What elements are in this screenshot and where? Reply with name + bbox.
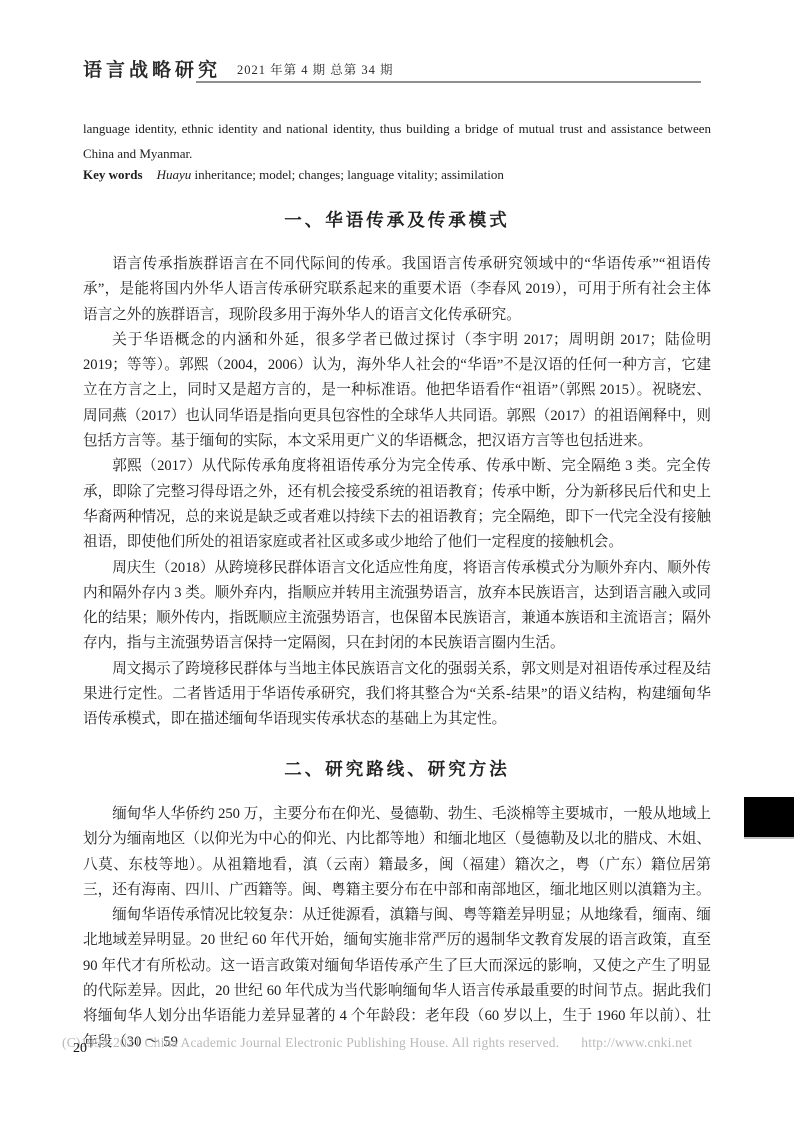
copyright-url: http://www.cnki.net (581, 1035, 692, 1050)
section-1-body: 语言传承指族群语言在不同代际间的传承。我国语言传承研究领域中的“华语传承”“祖语… (83, 252, 711, 733)
keywords-rest: inheritance; model; changes; language vi… (191, 167, 504, 182)
keywords-term: Huayu (157, 167, 192, 182)
black-scan-block (744, 797, 794, 837)
section-1-heading: 一、华语传承及传承模式 (83, 207, 711, 232)
page-number: 20 (73, 1041, 87, 1057)
paragraph: 周文揭示了跨境移民群体与当地主体民族语言文化的强弱关系，郭文则是对祖语传承过程及… (83, 657, 711, 733)
paragraph: 语言传承指族群语言在不同代际间的传承。我国语言传承研究领域中的“华语传承”“祖语… (83, 252, 711, 328)
paragraph: 周庆生（2018）从跨境移民群体语言文化适应性角度，将语言传承模式分为顺外弃内、… (83, 556, 711, 657)
paragraph: 郭熙（2017）从代际传承角度将祖语传承分为完全传承、传承中断、完全隔绝 3 类… (83, 454, 711, 555)
page-header: 语言战略研究2021 年第 4 期 总第 34 期 (83, 55, 711, 82)
copyright-text: (C)1994-2021 China Academic Journal Elec… (62, 1035, 559, 1050)
section-2-body: 缅甸华人华侨约 250 万，主要分布在仰光、曼德勒、勃生、毛淡棉等主要城市，一般… (83, 802, 711, 1055)
header-rule (196, 81, 701, 83)
journal-title: 语言战略研究 (83, 55, 221, 82)
keywords-label: Key words (83, 167, 143, 182)
paragraph: 关于华语概念的内涵和外延，很多学者已做过探讨（李宇明 2017；周明朗 2017… (83, 328, 711, 454)
copyright-line: (C)1994-2021 China Academic Journal Elec… (62, 1035, 762, 1051)
journal-page: 语言战略研究2021 年第 4 期 总第 34 期 language ident… (0, 0, 794, 1123)
english-abstract-tail: language identity, ethnic identity and n… (83, 116, 711, 166)
paragraph: 缅甸华人华侨约 250 万，主要分布在仰光、曼德勒、勃生、毛淡棉等主要城市，一般… (83, 802, 711, 903)
section-2-heading: 二、研究路线、研究方法 (83, 756, 711, 781)
paragraph: 缅甸华语传承情况比较复杂：从迁徙源看，滇籍与闽、粤等籍差异明显；从地缘看，缅南、… (83, 903, 711, 1055)
issue-info: 2021 年第 4 期 总第 34 期 (237, 60, 394, 78)
keywords-line: Key wordsHuayu inheritance; model; chang… (83, 162, 711, 187)
